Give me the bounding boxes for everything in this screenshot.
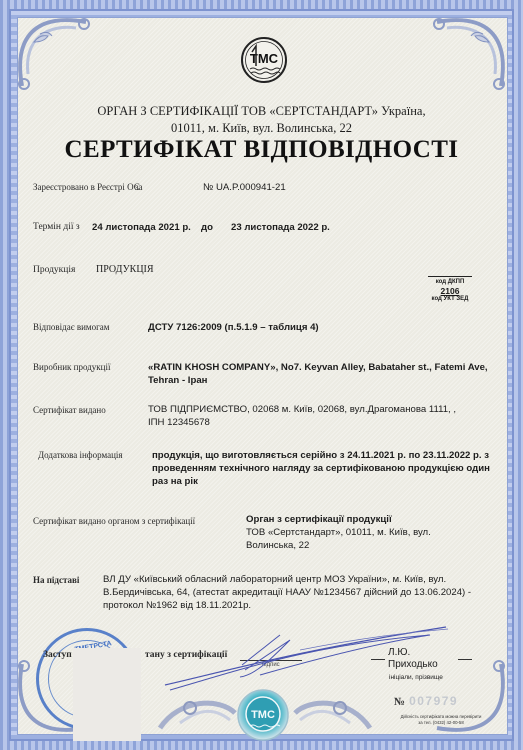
redaction-box <box>73 648 141 741</box>
corner-ornament-icon <box>14 14 94 94</box>
serial-value: 007979 <box>409 694 458 708</box>
registry-number: № UA.P.000941-21 <box>203 181 286 194</box>
requirements-label: Відповідає вимогам <box>33 322 109 332</box>
additional-line-2: проведенням технічного нагляду за сертиф… <box>152 462 490 475</box>
manufacturer-line-1: «RATIN KHOSH COMPANY», No7. Keyvan Alley… <box>148 361 488 374</box>
issued-to-line-2: ІПН 12345678 <box>148 416 456 429</box>
product-label: Продукція <box>33 265 75 275</box>
manufacturer-value: «RATIN KHOSH COMPANY», No7. Keyvan Alley… <box>148 361 488 387</box>
verify-note: Дійсність сертифіката можна перевірити з… <box>386 714 496 726</box>
name-line-right <box>458 659 472 660</box>
manufacturer-line-2: Tehran - Іран <box>148 374 488 387</box>
issued-by-label: Сертифікат видано органом з сертифікації <box>33 516 195 526</box>
issued-to-value: ТОВ ПІДПРИЄМСТВО, 02068 м. Київ, 02068, … <box>148 403 456 429</box>
hologram-logo-icon: ТМС <box>236 688 290 742</box>
issued-by-line-3: Волинська, 22 <box>246 539 431 552</box>
basis-value: ВЛ ДУ «Київський обласний лабораторний ц… <box>103 573 471 612</box>
issued-to-line-1: ТОВ ПІДПРИЄМСТВО, 02068 м. Київ, 02068, … <box>148 403 456 416</box>
code-divider <box>428 276 472 277</box>
corner-ornament-icon <box>429 14 509 94</box>
validity-to: 23 листопада 2022 р. <box>231 221 330 234</box>
validity-label: Термін дії з <box>33 222 80 232</box>
serial-prefix: № <box>394 696 405 708</box>
signatory-name: Л.Ю. Приходько <box>388 647 438 671</box>
manufacturer-label: Виробник продукції <box>33 362 110 372</box>
svg-text:ТМС: ТМС <box>251 709 275 721</box>
product-value: ПРОДУКЦІЯ <box>96 264 154 275</box>
svg-text:ТМС: ТМС <box>250 51 279 66</box>
issued-to-label: Сертифікат видано <box>33 405 106 415</box>
requirements-value: ДСТУ 7126:2009 (п.5.1.9 – таблиця 4) <box>148 321 319 334</box>
name-line-left <box>371 659 385 660</box>
name-caption: ініціали, прізвище <box>389 671 443 684</box>
product-codes: код ДКПП 2106 код УКТ ЗЕД <box>428 276 472 303</box>
signatory-surname: Приходько <box>388 659 438 671</box>
signatory-label-left: Заступ <box>43 650 72 660</box>
issued-by-value: Орган з сертифікації продукції ТОВ «Серт… <box>246 513 431 552</box>
tms-logo-icon: ТМС <box>240 36 288 84</box>
registry-za-label: за <box>135 182 143 192</box>
signatory-initials: Л.Ю. <box>388 647 438 659</box>
registry-label: Зареєстровано в Реєстрі ОС <box>33 182 140 192</box>
verify-line-2: за тел. (0432) 42-00-58 <box>386 720 496 726</box>
serial-number: №007979 <box>394 694 458 708</box>
certificate-title: СЕРТИФІКАТ ВІДПОВІДНОСТІ <box>0 136 523 164</box>
basis-line-3: протокол №1962 від 18.11.2021р. <box>103 599 471 612</box>
issuer-header: ОРГАН З СЕРТИФІКАЦІЇ ТОВ «СЕРТСТАНДАРТ» … <box>0 103 523 137</box>
additional-info-label: Додаткова інформація <box>38 450 123 460</box>
validity-from: 24 листопада 2021 р. <box>92 221 191 234</box>
basis-label: На підставі <box>33 575 79 585</box>
issued-by-line-2: ТОВ «Сертстандарт», 01011, м. Київ, вул. <box>246 526 431 539</box>
dkpp-label: код ДКПП <box>428 279 472 286</box>
additional-line-3: раз на рік <box>152 475 490 488</box>
issued-by-line-1: Орган з сертифікації продукції <box>246 513 431 526</box>
basis-line-2: В.Бердичівська, 64, (атестат акредитації… <box>103 586 471 599</box>
ukt-zed-label: код УКТ ЗЕД <box>428 296 472 303</box>
additional-line-1: продукція, що виготовляється серійно з 2… <box>152 449 490 462</box>
issuer-line-1: ОРГАН З СЕРТИФІКАЦІЇ ТОВ «СЕРТСТАНДАРТ» … <box>0 103 523 120</box>
basis-line-1: ВЛ ДУ «Київський обласний лабораторний ц… <box>103 573 471 586</box>
validity-to-label: до <box>201 221 213 234</box>
additional-info-value: продукція, що виготовляється серійно з 2… <box>152 449 490 488</box>
dkpp-code: 2106 <box>428 286 472 296</box>
issuer-line-2: 01011, м. Київ, вул. Волинська, 22 <box>0 120 523 137</box>
